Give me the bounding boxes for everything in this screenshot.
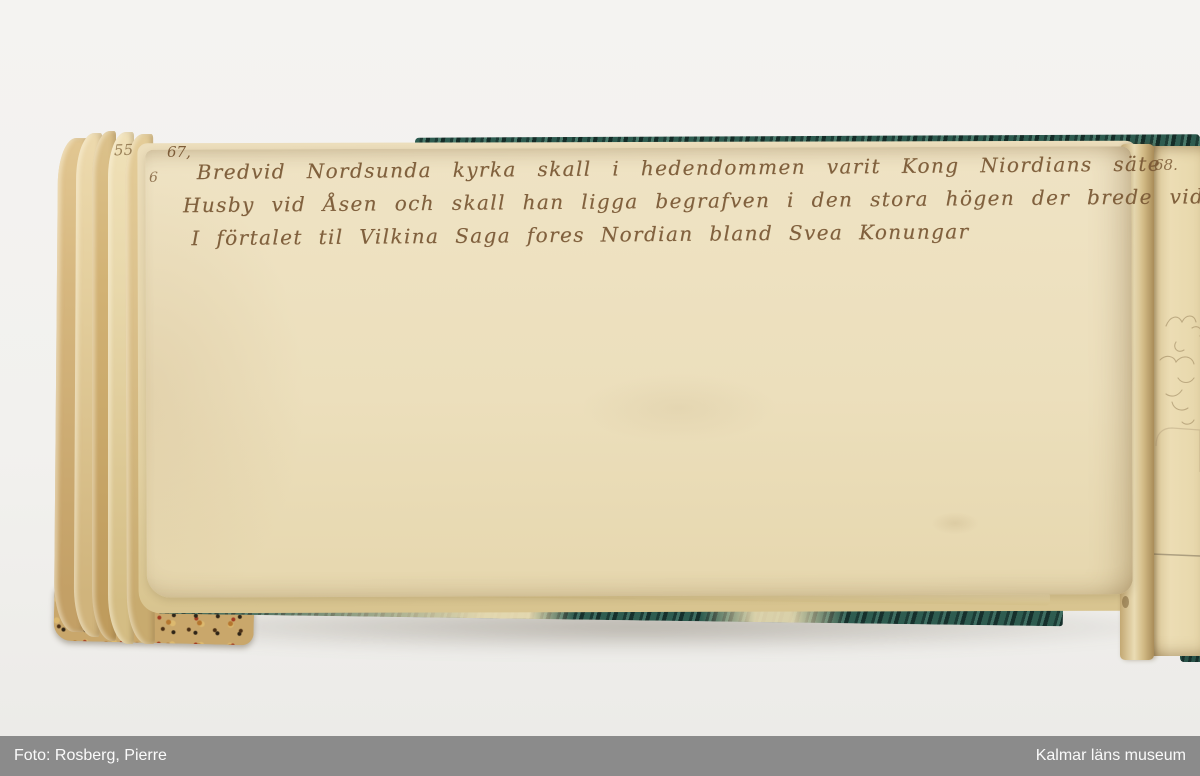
handwritten-text-block: Bredvid Nordsunda kyrka skall i hedendom… xyxy=(183,152,1144,259)
page-number-under: 55 xyxy=(114,141,134,160)
book-page-right: 68. xyxy=(1146,146,1200,656)
photographer-credit: Foto: Rosberg, Pierre xyxy=(14,747,167,765)
page-number-main: 67, xyxy=(167,143,191,161)
museum-credit: Kalmar läns museum xyxy=(1036,747,1186,765)
torn-paper-nub xyxy=(1122,596,1129,608)
photo-of-manuscript-book: 68. 55 67, 6 Bredvid Nordsunda kyrka ska… xyxy=(0,0,1200,736)
faint-pencil-sketch xyxy=(1146,146,1200,656)
caption-bar: Foto: Rosberg, Pierre Kalmar läns museum xyxy=(0,736,1200,776)
margin-ink-mark: 6 xyxy=(149,170,158,186)
